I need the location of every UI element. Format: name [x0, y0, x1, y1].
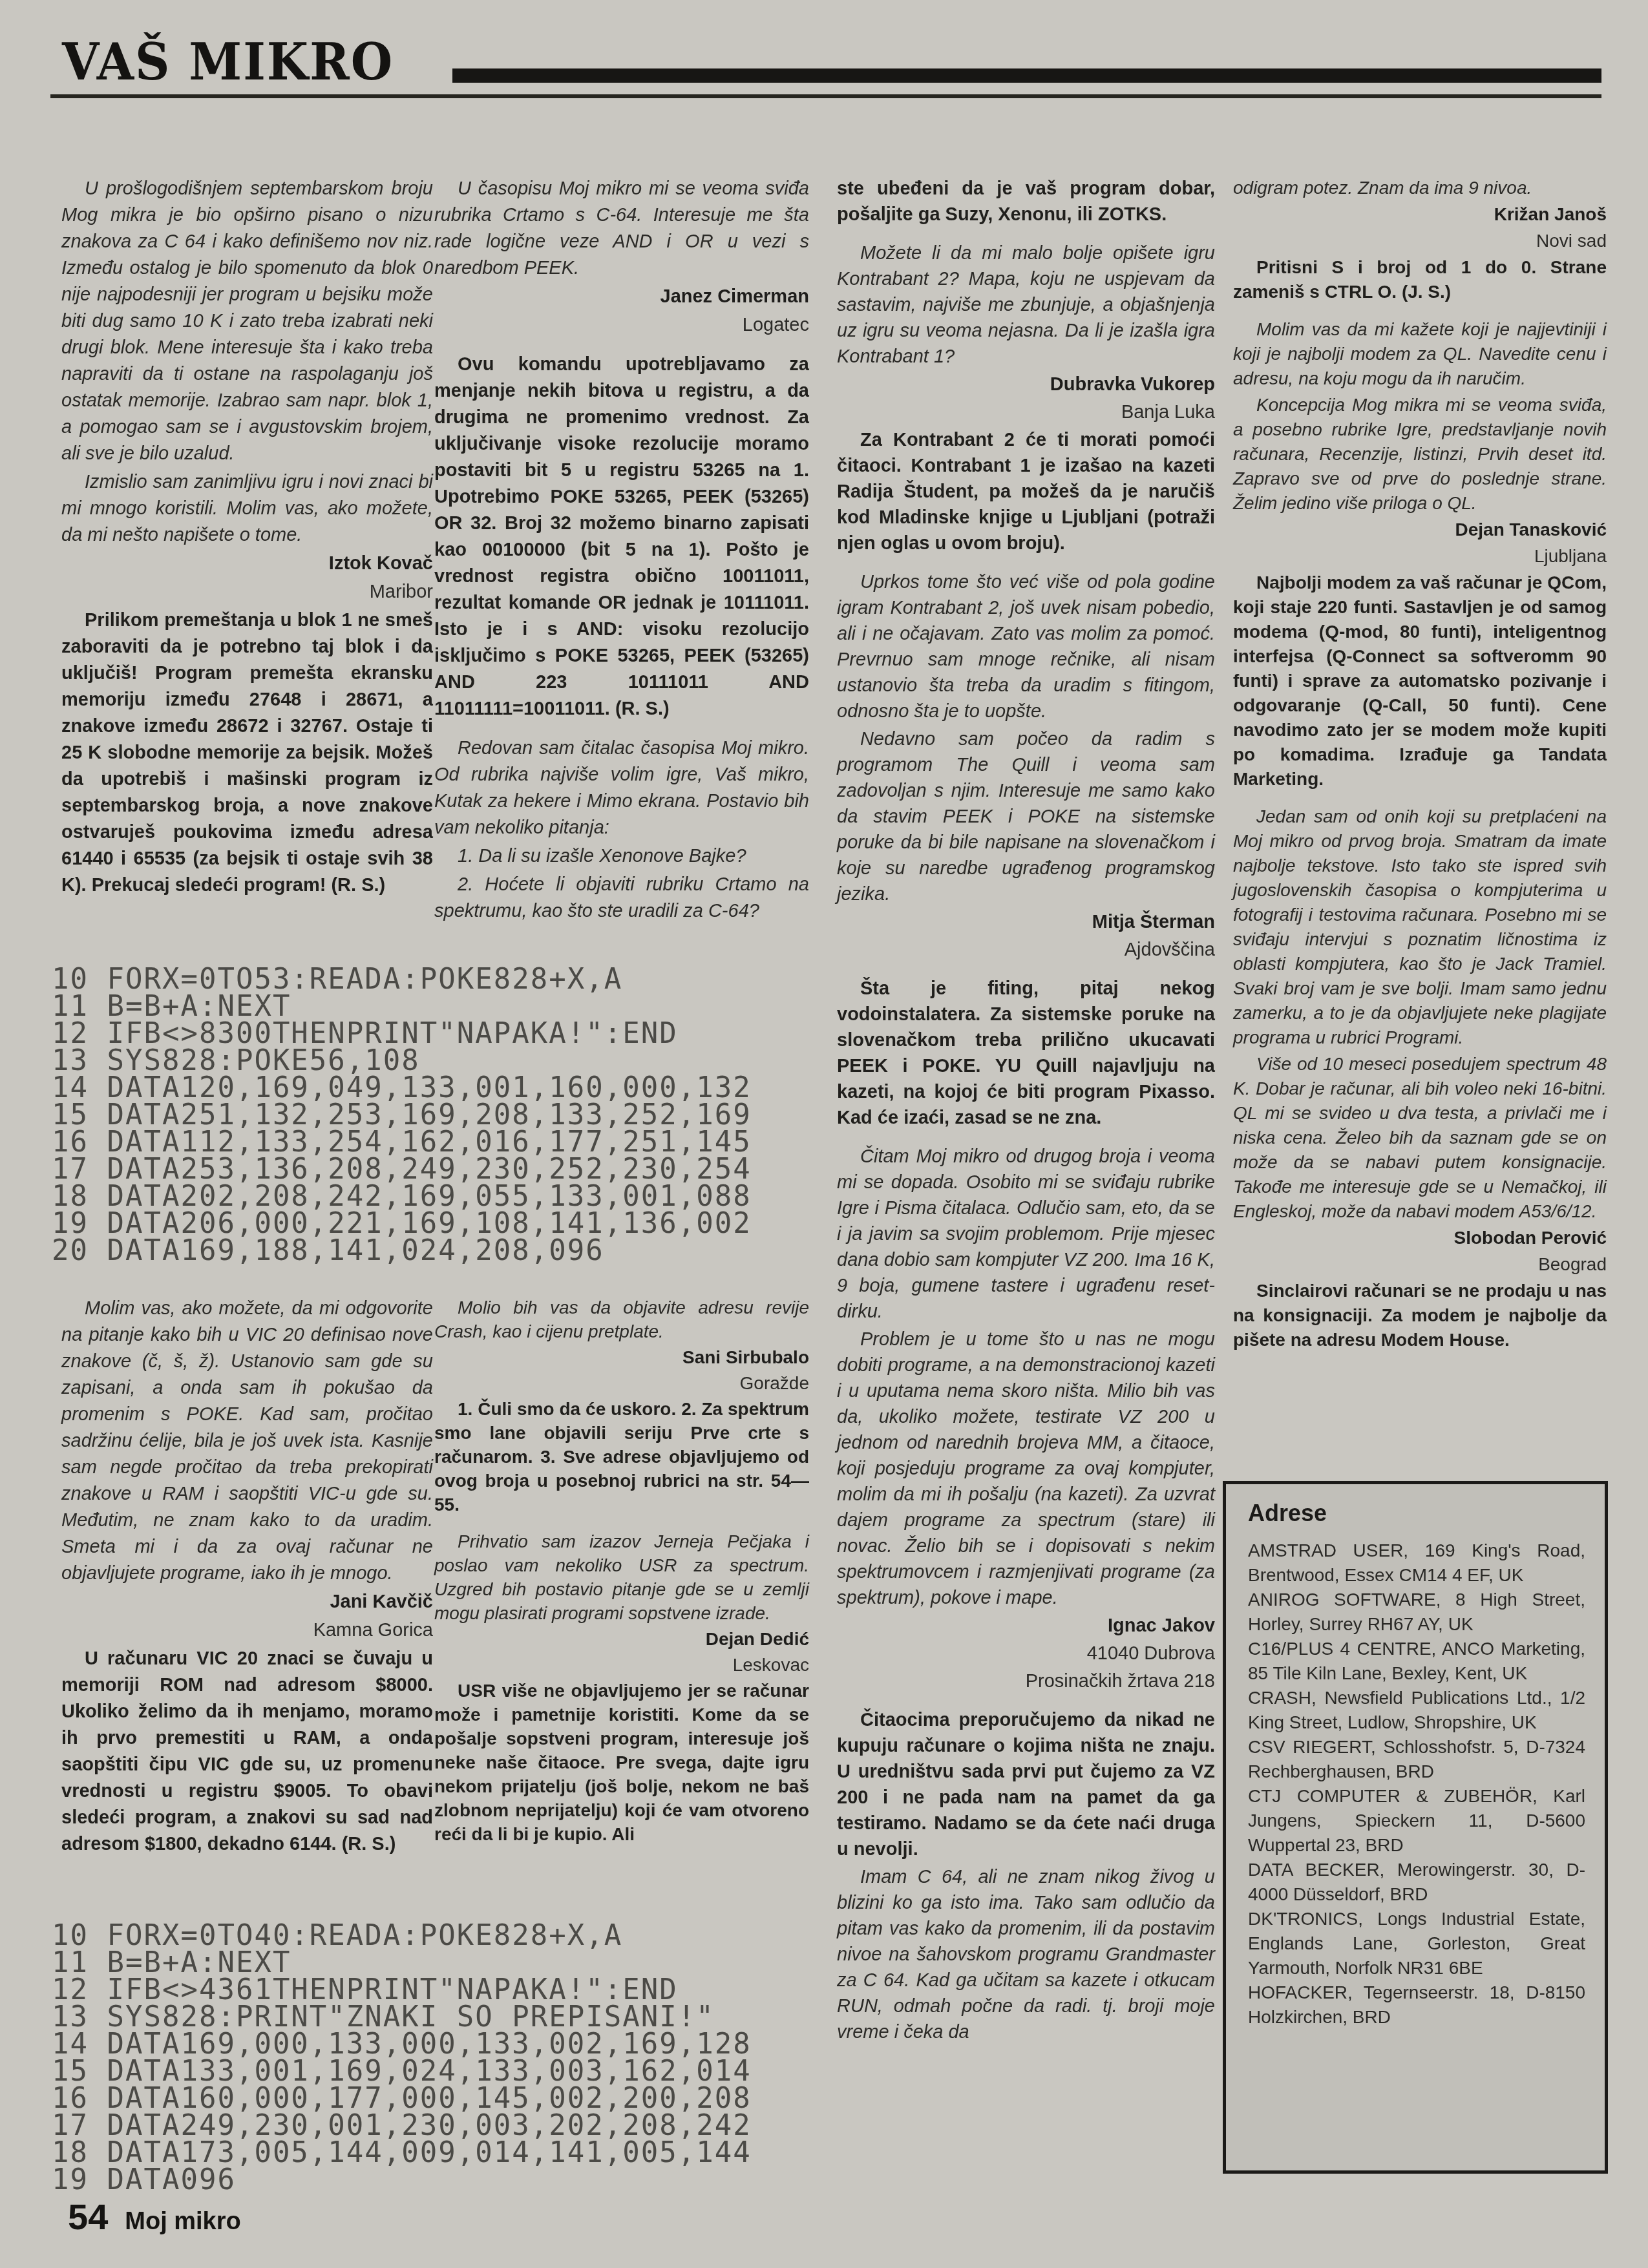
column-4: odigram potez. Znam da ima 9 nivoa.Križa…	[1233, 176, 1607, 1354]
addresses-box: Adrese AMSTRAD USER, 169 King's Road, Br…	[1223, 1481, 1608, 2174]
paragraph: Leskovac	[434, 1653, 809, 1677]
paragraph: odigram potez. Znam da ima 9 nivoa.	[1233, 176, 1607, 200]
paragraph: Beograd	[1233, 1252, 1607, 1277]
code-listing-2: 10 FORX=0TO40:READA:POKE828+X,A11 B=B+A:…	[52, 1922, 818, 2194]
paragraph: ste ubeđeni da je vaš program dobar, poš…	[837, 176, 1215, 227]
column-2-top: U časopisu Moj mikro mi se veoma sviđa r…	[434, 176, 809, 927]
code-line: 18 DATA202,208,242,169,055,133,001,088	[52, 1183, 818, 1210]
column-1-top: U prošlogodišnjem septembarskom broju Mo…	[61, 176, 433, 901]
list-item: DK'TRONICS, Longs Industrial Estate, Eng…	[1248, 1907, 1585, 1980]
list-item: C16/PLUS 4 CENTRE, ANCO Marketing, 85 Ti…	[1248, 1637, 1585, 1686]
paragraph: Imam C 64, ali ne znam nikog živog u bli…	[837, 1864, 1215, 2045]
list-item: CRASH, Newsfield Publications Ltd., 1/2 …	[1248, 1686, 1585, 1735]
paragraph: Možete li da mi malo bolje opišete igru …	[837, 240, 1215, 370]
column-1-middle: Molim vas, ako možete, da mi odgovorite …	[61, 1296, 433, 1860]
paragraph: Najbolji modem za vaš računar je QCom, k…	[1233, 571, 1607, 792]
code-line: 20 DATA169,188,141,024,208,096	[52, 1237, 818, 1265]
paragraph: Šta je fiting, pitaj nekog vodoinstalate…	[837, 976, 1215, 1131]
paragraph: USR više ne objavljujemo jer se računar …	[434, 1679, 809, 1846]
code-line: 11 B=B+A:NEXT	[52, 1949, 818, 1977]
paragraph: U časopisu Moj mikro mi se veoma sviđa r…	[434, 176, 809, 282]
paragraph: Banja Luka	[837, 399, 1215, 425]
list-item: AMSTRAD USER, 169 King's Road, Brentwood…	[1248, 1538, 1585, 1588]
header-thick-rule	[452, 68, 1601, 83]
code-line: 12 IFB<>8300THENPRINT"NAPAKA!":END	[52, 1020, 818, 1047]
magazine-page: VAŠ MIKRO U prošlogodišnjem septembarsko…	[0, 0, 1648, 2268]
list-item: CTJ COMPUTER & ZUBEHÖR, Karl Jungens, Sp…	[1248, 1784, 1585, 1858]
list-item: ANIROG SOFTWARE, 8 High Street, Horley, …	[1248, 1588, 1585, 1637]
code-line: 18 DATA173,005,144,009,014,141,005,144	[52, 2139, 818, 2167]
paragraph: Ignac Jakov	[837, 1613, 1215, 1639]
paragraph: Ovu komandu upotrebljavamo za menjanje n…	[434, 352, 809, 722]
paragraph: 1. Čuli smo da će uskoro. 2. Za spektrum…	[434, 1397, 809, 1517]
paragraph: Molim vas da mi kažete koji je najjevtin…	[1233, 317, 1607, 391]
paragraph: Čitaocima preporučujemo da nikad ne kupu…	[837, 1707, 1215, 1862]
paragraph: Jani Kavčič	[61, 1589, 433, 1615]
paragraph: Sani Sirbubalo	[434, 1345, 809, 1369]
code-line: 10 FORX=0TO53:READA:POKE828+X,A	[52, 966, 818, 993]
code-line: 16 DATA112,133,254,162,016,177,251,145	[52, 1129, 818, 1156]
header-thin-rule	[50, 94, 1601, 98]
paragraph: Novi sad	[1233, 229, 1607, 253]
paragraph: Redovan sam čitalac časopisa Moj mikro. …	[434, 735, 809, 841]
paragraph: Više od 10 meseci posedujem spectrum 48 …	[1233, 1052, 1607, 1224]
paragraph: Prosinačkih žrtava 218	[837, 1668, 1215, 1694]
page-title: VAŠ MIKRO	[62, 34, 394, 92]
paragraph: Logatec	[434, 312, 809, 339]
paragraph: Molio bih vas da objavite adresu revije …	[434, 1296, 809, 1343]
code-listing-1: 10 FORX=0TO53:READA:POKE828+X,A11 B=B+A:…	[52, 966, 818, 1265]
paragraph: Kamna Gorica	[61, 1617, 433, 1644]
paragraph: Mitja Šterman	[837, 909, 1215, 935]
code-line: 16 DATA160,000,177,000,145,002,200,208	[52, 2085, 818, 2112]
paragraph: Dejan Tanasković	[1233, 518, 1607, 542]
paragraph: Koncepcija Mog mikra mi se veoma sviđa, …	[1233, 393, 1607, 516]
paragraph: Nedavno sam počeo da radim s programom T…	[837, 726, 1215, 907]
code-line: 14 DATA169,000,133,000,133,002,169,128	[52, 2031, 818, 2058]
paragraph: Prilikom premeštanja u blok 1 ne smeš za…	[61, 607, 433, 899]
paragraph: Ljubljana	[1233, 544, 1607, 569]
code-line: 12 IFB<>4361THENPRINT"NAPAKA!":END	[52, 1977, 818, 2004]
paragraph: U računaru VIC 20 znaci se čuvaju u memo…	[61, 1646, 433, 1858]
paragraph: Pritisni S i broj od 1 do 0. Strane zame…	[1233, 255, 1607, 304]
paragraph: Za Kontrabant 2 će ti morati pomoći čita…	[837, 427, 1215, 556]
column-2-bottom: Molio bih vas da objavite adresu revije …	[434, 1296, 809, 1848]
paragraph: Dubravka Vukorep	[837, 372, 1215, 397]
code-line: 13 SYS828:POKE56,108	[52, 1047, 818, 1075]
addresses-list: AMSTRAD USER, 169 King's Road, Brentwood…	[1248, 1538, 1585, 2030]
list-item: HOFACKER, Tegernseerstr. 18, D-8150 Holz…	[1248, 1980, 1585, 2030]
code-line: 10 FORX=0TO40:READA:POKE828+X,A	[52, 1922, 818, 1949]
paragraph: Problem je u tome što u nas ne mogu dobi…	[837, 1327, 1215, 1611]
code-line: 17 DATA253,136,208,249,230,252,230,254	[52, 1156, 818, 1183]
paragraph: Čitam Moj mikro od drugog broja i veoma …	[837, 1144, 1215, 1325]
list-item: DATA BECKER, Merowingerstr. 30, D-4000 D…	[1248, 1858, 1585, 1907]
code-line: 13 SYS828:PRINT"ZNAKI SO PREPISANI!"	[52, 2004, 818, 2031]
paragraph: 41040 Dubrova	[837, 1641, 1215, 1666]
paragraph: Maribor	[61, 579, 433, 605]
addresses-title: Adrese	[1248, 1500, 1585, 1527]
paragraph: Goražde	[434, 1371, 809, 1395]
paragraph: 1. Da li su izašle Xenonove Bajke?	[434, 843, 809, 870]
paragraph: Prihvatio sam izazov Jerneja Pečjaka i p…	[434, 1529, 809, 1625]
paragraph: Dejan Dedić	[434, 1627, 809, 1651]
code-line: 15 DATA251,132,253,169,208,133,252,169	[52, 1102, 818, 1129]
paragraph: Slobodan Perović	[1233, 1226, 1607, 1250]
paragraph: Jedan sam od onih koji su pretplaćeni na…	[1233, 804, 1607, 1050]
paragraph: Ajdovščina	[837, 937, 1215, 963]
paragraph: Iztok Kovač	[61, 551, 433, 577]
paragraph: Križan Janoš	[1233, 202, 1607, 227]
paragraph: Izmislio sam zanimljivu igru i novi znac…	[61, 469, 433, 549]
code-line: 19 DATA206,000,221,169,108,141,136,002	[52, 1210, 818, 1237]
list-item: CSV RIEGERT, Schlosshofstr. 5, D-7324 Re…	[1248, 1735, 1585, 1784]
page-footer: 54 Moj mikro	[68, 2196, 241, 2238]
column-3: ste ubeđeni da je vaš program dobar, poš…	[837, 176, 1215, 2047]
paragraph: Uprkos tome što već više od pola godine …	[837, 569, 1215, 724]
paragraph: 2. Hoćete li objaviti rubriku Crtamo na …	[434, 872, 809, 925]
code-line: 11 B=B+A:NEXT	[52, 993, 818, 1020]
paragraph: Molim vas, ako možete, da mi odgovorite …	[61, 1296, 433, 1587]
code-line: 17 DATA249,230,001,230,003,202,208,242	[52, 2112, 818, 2139]
paragraph: Sinclairovi računari se ne prodaju u nas…	[1233, 1279, 1607, 1352]
paragraph: U prošlogodišnjem septembarskom broju Mo…	[61, 176, 433, 467]
page-number: 54	[68, 2196, 108, 2238]
magazine-name: Moj mikro	[125, 2208, 240, 2236]
code-line: 15 DATA133,001,169,024,133,003,162,014	[52, 2058, 818, 2085]
paragraph: Janez Cimerman	[434, 284, 809, 310]
code-line: 19 DATA096	[52, 2167, 818, 2194]
code-line: 14 DATA120,169,049,133,001,160,000,132	[52, 1075, 818, 1102]
